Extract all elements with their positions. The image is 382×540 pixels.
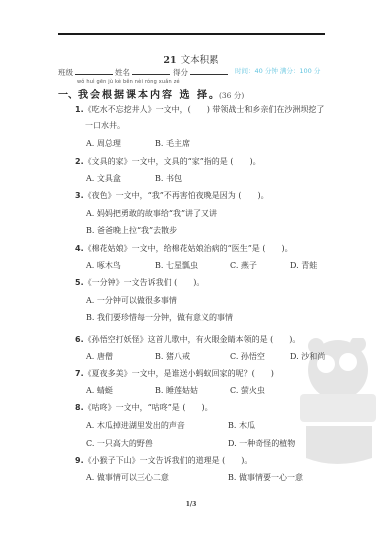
question-7: 7.《夏夜多美》一文中，是谁送小蚂蚁回家的呢？( ) [75, 368, 274, 379]
question-text: 《夜色》一文中，“我”不再害怕夜晚是因为 ( )。 [84, 191, 269, 200]
question-number: 1. [75, 105, 84, 114]
lesson-number: 21 [163, 55, 176, 66]
question-9: 9.《小猴子下山》一文告诉我们的道理是 ( )。 [75, 455, 252, 466]
question-number: 7. [75, 369, 84, 378]
question-1-continuation: 一口水井。 [85, 120, 125, 131]
section-period: 。 [209, 90, 219, 101]
option-d[interactable]: D. 一种奇怪的植物 [228, 438, 295, 449]
question-text: 《咕咚》一文中，“咕咚”是 ( )。 [84, 403, 213, 412]
option-a[interactable]: A. 木瓜掉进湖里发出的声音 [86, 420, 185, 431]
page-title: 21文本积累 [0, 52, 382, 66]
option-b[interactable]: B. 毛主席 [155, 138, 190, 149]
option-a[interactable]: A. 周总理 [86, 138, 121, 149]
section-title: 我会根据课本内容 选 择 [78, 90, 209, 101]
option-c[interactable]: C. 萤火虫 [230, 385, 265, 396]
question-text: 《吃水不忘挖井人》一文中，( ) 带领战士和乡亲们在沙洲坝挖了 [84, 105, 325, 114]
question-text: 《一分钟》一文告诉我们 ( )。 [84, 278, 205, 287]
section-points: (36 分) [219, 91, 244, 100]
page-number: 1/3 [0, 501, 382, 508]
lesson-title: 文本积累 [181, 55, 219, 66]
option-b[interactable]: B. 爸爸晚上拉“我”去散步 [86, 225, 177, 236]
question-text: 《文具的家》一文中，文具的“家”指的是 ( )。 [84, 157, 261, 166]
question-number: 5. [75, 278, 84, 287]
option-a[interactable]: A. 做事情可以三心二意 [86, 472, 169, 483]
section-heading: 一、我会根据课本内容 选 择。(36 分) [58, 86, 244, 101]
name-label: 姓名 [115, 68, 130, 77]
question-2: 2.《文具的家》一文中，文具的“家”指的是 ( )。 [75, 156, 261, 167]
option-b[interactable]: B. 做事情要一心一意 [228, 472, 303, 483]
option-a[interactable]: A. 啄木鸟 [86, 260, 121, 271]
option-a[interactable]: A. 妈妈把勇敢的故事给“我”讲了又讲 [86, 208, 217, 219]
name-blank[interactable] [132, 66, 170, 75]
question-4: 4.《棉花姑娘》一文中，给棉花姑娘治病的“医生”是 ( )。 [75, 243, 293, 254]
question-text: 《小猴子下山》一文告诉我们的道理是 ( )。 [84, 456, 253, 465]
option-c[interactable]: C. 燕子 [230, 260, 257, 271]
question-text: 《夏夜多美》一文中，是谁送小蚂蚁回家的呢？( ) [84, 369, 274, 378]
question-number: 4. [75, 244, 84, 253]
option-a[interactable]: A. 一分钟可以做很多事情 [86, 295, 177, 306]
question-number: 8. [75, 403, 84, 412]
option-c[interactable]: C. 孙悟空 [230, 351, 265, 362]
question-number: 3. [75, 191, 84, 200]
question-text: 《棉花姑娘》一文中，给棉花姑娘治病的“医生”是 ( )。 [84, 244, 293, 253]
question-6: 6.《孙悟空打妖怪》这首儿歌中，有火眼金睛本领的是 ( )。 [75, 334, 300, 345]
score-label: 得分 [173, 68, 188, 77]
question-number: 9. [75, 456, 84, 465]
section-prefix: 一、 [58, 90, 78, 101]
option-a[interactable]: A. 文具盒 [86, 173, 121, 184]
option-d[interactable]: D. 青蛙 [290, 260, 317, 271]
option-b[interactable]: B. 睡莲姑姑 [155, 385, 198, 396]
option-b[interactable]: B. 猪八戒 [155, 351, 190, 362]
score-blank[interactable] [190, 66, 228, 75]
question-text: 《孙悟空打妖怪》这首儿歌中，有火眼金睛本领的是 ( )。 [84, 335, 301, 344]
question-3: 3.《夜色》一文中，“我”不再害怕夜晚是因为 ( )。 [75, 190, 269, 201]
option-c[interactable]: C. 一只高大的野兽 [86, 438, 153, 449]
option-b[interactable]: B. 我们要珍惜每一分钟，做有意义的事情 [86, 312, 233, 323]
question-8: 8.《咕咚》一文中，“咕咚”是 ( )。 [75, 402, 213, 413]
section-pinyin: wǒ huì gēn jù kè běn nèi róng xuǎn zé [77, 79, 180, 85]
question-5: 5.《一分钟》一文告诉我们 ( )。 [75, 277, 204, 288]
class-blank[interactable] [75, 66, 113, 75]
option-a[interactable]: A. 唐僧 [86, 351, 113, 362]
time-score-meta: 时间：40 分钟 满分：100 分 [235, 66, 320, 75]
header-rule [58, 33, 325, 35]
class-label: 班级 [58, 68, 73, 77]
question-number: 6. [75, 335, 84, 344]
question-number: 2. [75, 157, 84, 166]
class-field: 班级 [58, 66, 117, 78]
score-field: 得分 [173, 66, 232, 78]
panda-logo-watermark-icon [296, 338, 376, 468]
question-1: 1.《吃水不忘挖井人》一文中，( ) 带领战士和乡亲们在沙洲坝挖了 [75, 104, 324, 115]
name-field: 姓名 [115, 66, 174, 78]
option-b[interactable]: B. 木瓜 [228, 420, 255, 431]
option-a[interactable]: A. 蜻蜓 [86, 385, 113, 396]
option-b[interactable]: B. 书包 [155, 173, 182, 184]
option-b[interactable]: B. 七星瓢虫 [155, 260, 198, 271]
